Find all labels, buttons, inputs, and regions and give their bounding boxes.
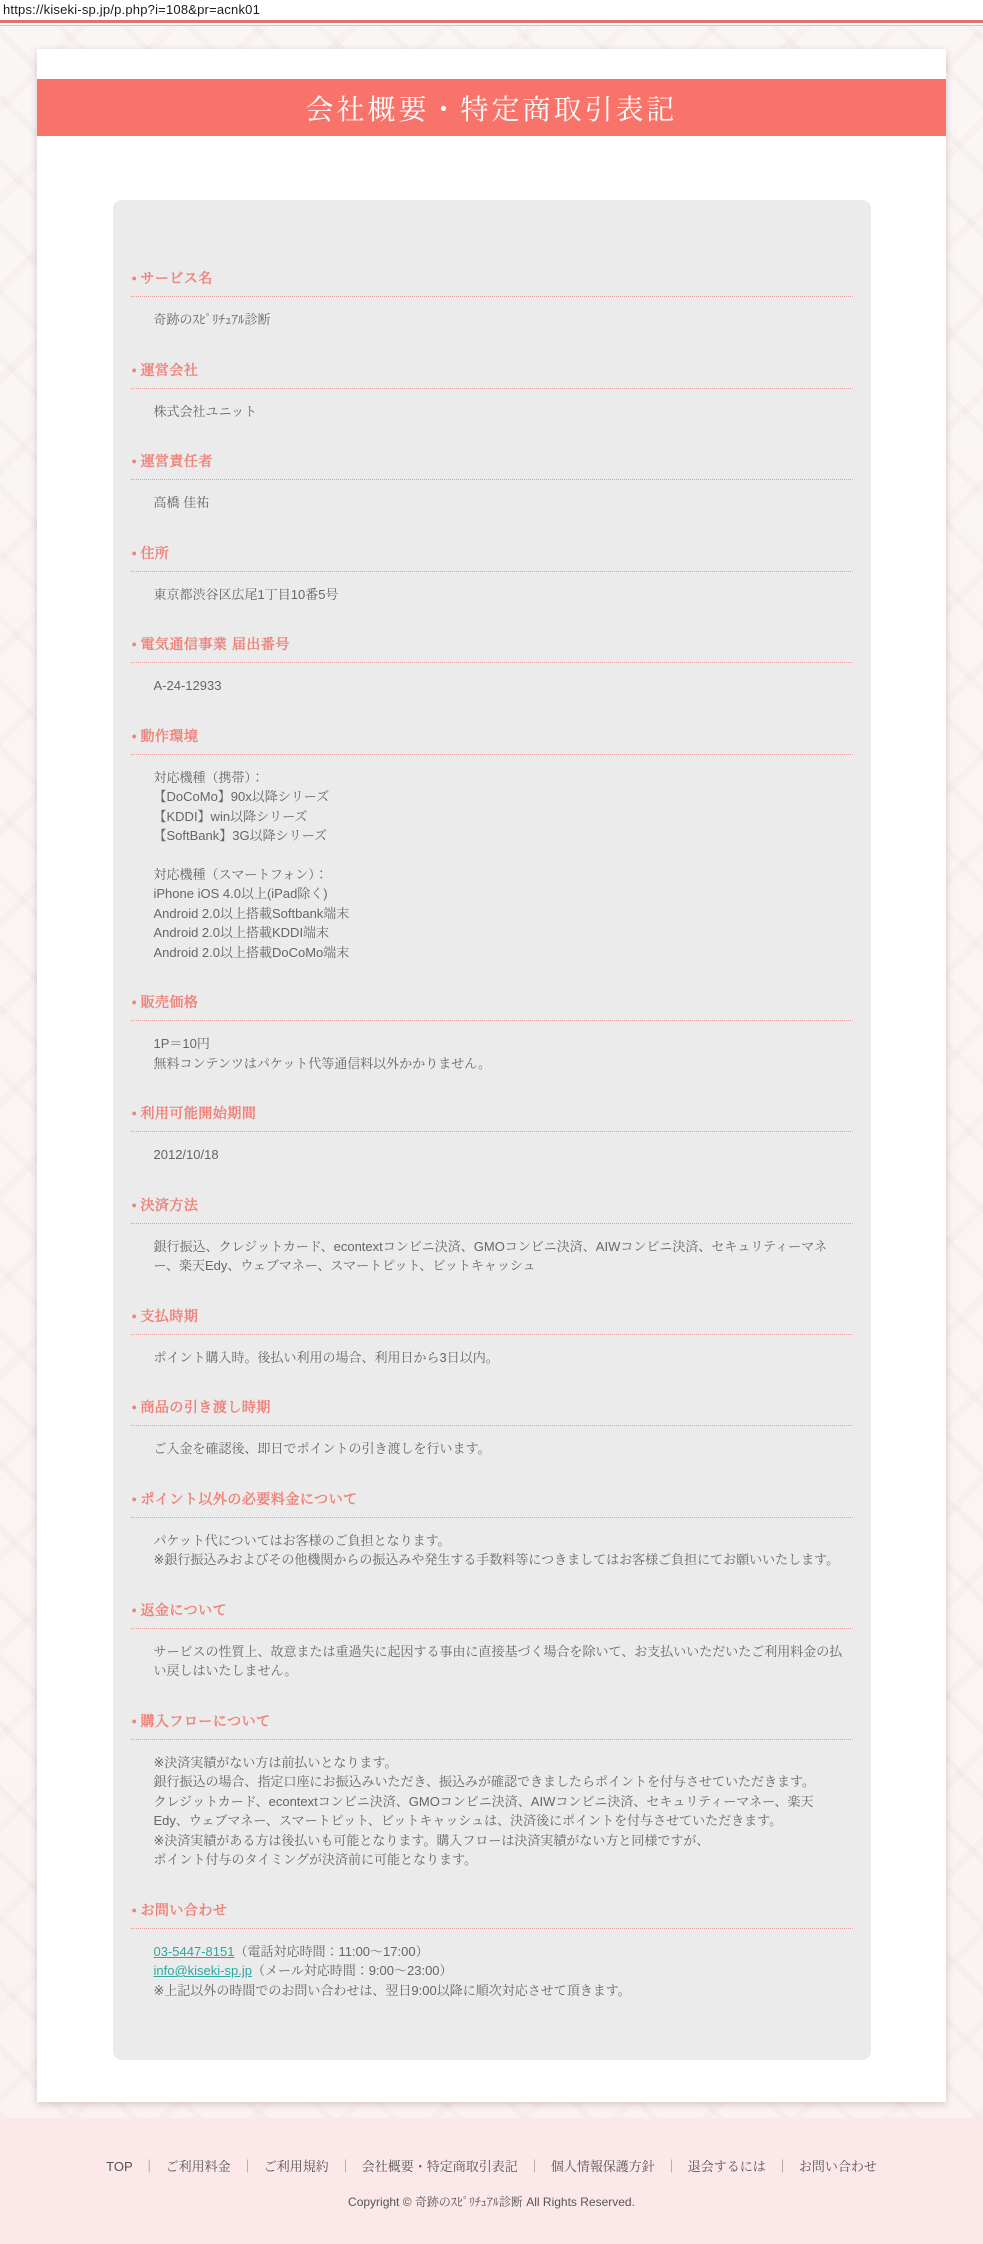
section-line: 1P＝10円 [154, 1034, 849, 1054]
footer: TOP｜ご利用料金｜ご利用規約｜会社概要・特定商取引表記｜個人情報保護方針｜退会… [0, 2118, 983, 2244]
section-body: 株式会社ユニット [154, 402, 849, 422]
footer-link[interactable]: 会社概要・特定商取引表記 [362, 2159, 518, 2174]
section-line: ※決済実績がない方は前払いとなります。 [154, 1753, 849, 1773]
copyright-text: Copyright © 奇跡のｽﾋﾟﾘﾁｭｱﾙ診断 All Rights Res… [0, 2193, 983, 2210]
section: 購入フローについて ※決済実績がない方は前払いとなります。銀行振込の場合、指定口… [131, 1711, 853, 1870]
section-line: 無料コンテンツはパケット代等通信料以外かかりません。 [154, 1054, 849, 1074]
section: 利用可能開始期間 2012/10/18 [131, 1103, 853, 1165]
section-title: 動作環境 [131, 726, 853, 755]
section-title: 運営会社 [131, 360, 853, 389]
main-card: 会社概要・特定商取引表記 サービス名 奇跡のｽﾋﾟﾘﾁｭｱﾙ診断 運営会社 株式… [37, 49, 946, 2102]
section-line [154, 846, 849, 865]
section-title: 電気通信事業 届出番号 [131, 634, 853, 663]
section-line: 対応機種（スマートフォン）： [154, 865, 849, 885]
page-background: 会社概要・特定商取引表記 サービス名 奇跡のｽﾋﾟﾘﾁｭｱﾙ診断 運営会社 株式… [0, 26, 983, 2118]
section: 商品の引き渡し時期 ご入金を確認後、即日でポイントの引き渡しを行います。 [131, 1397, 853, 1459]
section: サービス名 奇跡のｽﾋﾟﾘﾁｭｱﾙ診断 [131, 268, 853, 330]
section-line: Android 2.0以上搭載Softbank端末 [154, 904, 849, 924]
section: ポイント以外の必要料金について パケット代についてはお客様のご負担となります。※… [131, 1489, 853, 1570]
section-line: ※決済実績がある方は後払いも可能となります。購入フローは決済実績がない方と同様で… [154, 1831, 849, 1851]
section-title-text: サービス名 [140, 270, 213, 286]
section: 動作環境 対応機種（携帯）：【DoCoMo】90x以降シリーズ【KDDI】win… [131, 726, 853, 963]
footer-link[interactable]: お問い合わせ [799, 2159, 877, 2174]
section-body: ※決済実績がない方は前払いとなります。銀行振込の場合、指定口座にお振込みいただき… [154, 1753, 849, 1870]
section-body: 対応機種（携帯）：【DoCoMo】90x以降シリーズ【KDDI】win以降シリー… [154, 768, 849, 963]
section-body: 高橋 佳祐 [154, 493, 849, 513]
section-line: パケット代についてはお客様のご負担となります。 [154, 1531, 849, 1551]
footer-link[interactable]: ご利用料金 [166, 2159, 231, 2174]
section-body: 03-5447-8151（電話対応時間：11:00～17:00） info@ki… [154, 1942, 849, 2001]
section-title-text: お問い合わせ [140, 1902, 227, 1918]
section-line: サービスの性質上、故意または重過失に起因する事由に直接基づく場合を除いて、お支払… [154, 1642, 849, 1681]
section-title-text: 販売価格 [140, 994, 198, 1010]
section: 電気通信事業 届出番号 A-24-12933 [131, 634, 853, 696]
section: 返金について サービスの性質上、故意または重過失に起因する事由に直接基づく場合を… [131, 1600, 853, 1681]
section: 販売価格 1P＝10円無料コンテンツはパケット代等通信料以外かかりません。 [131, 992, 853, 1073]
url-text: https://kiseki-sp.jp/p.php?i=108&pr=acnk… [0, 0, 983, 20]
section-line: 2012/10/18 [154, 1145, 849, 1165]
phone-link[interactable]: 03-5447-8151 [154, 1944, 235, 1959]
section-line: iPhone iOS 4.0以上(iPad除く) [154, 884, 849, 904]
section-title-text: 住所 [140, 545, 169, 561]
section-line: ポイント付与のタイミングが決済前に可能となります。 [154, 1850, 849, 1870]
section-title: 購入フローについて [131, 1711, 853, 1740]
section-body: A-24-12933 [154, 676, 849, 696]
section-line: 奇跡のｽﾋﾟﾘﾁｭｱﾙ診断 [154, 310, 849, 330]
section-title: 商品の引き渡し時期 [131, 1397, 853, 1426]
section-line: A-24-12933 [154, 676, 849, 696]
section-body: サービスの性質上、故意または重過失に起因する事由に直接基づく場合を除いて、お支払… [154, 1642, 849, 1681]
section: 決済方法 銀行振込、クレジットカード、econtextコンビニ決済、GMOコンビ… [131, 1195, 853, 1276]
footer-link-separator: ｜ [339, 2159, 352, 2174]
section-line: Android 2.0以上搭載KDDI端末 [154, 923, 849, 943]
section-line: 東京都渋谷区広尾1丁目10番5号 [154, 585, 849, 605]
footer-link-separator: ｜ [143, 2159, 156, 2174]
section-title-text: 動作環境 [140, 728, 198, 744]
section-line: Android 2.0以上搭載DoCoMo端末 [154, 943, 849, 963]
email-note: （メール対応時間：9:00～23:00） [252, 1963, 453, 1978]
section-line: 高橋 佳祐 [154, 493, 849, 513]
title-band: 会社概要・特定商取引表記 [37, 79, 946, 136]
section-body: 銀行振込、クレジットカード、econtextコンビニ決済、GMOコンビニ決済、A… [154, 1237, 849, 1276]
section-line: 【SoftBank】3G以降シリーズ [154, 826, 849, 846]
section: 支払時期 ポイント購入時。後払い利用の場合、利用日から3日以内。 [131, 1306, 853, 1368]
sections: サービス名 奇跡のｽﾋﾟﾘﾁｭｱﾙ診断 運営会社 株式会社ユニット 運営責任者 … [129, 268, 855, 1870]
section-body: ポイント購入時。後払い利用の場合、利用日から3日以内。 [154, 1348, 849, 1368]
section-title: お問い合わせ [131, 1900, 853, 1929]
section-line: 銀行振込、クレジットカード、econtextコンビニ決済、GMOコンビニ決済、A… [154, 1237, 849, 1276]
section-line: 対応機種（携帯）： [154, 768, 849, 788]
section-body: ご入金を確認後、即日でポイントの引き渡しを行います。 [154, 1439, 849, 1459]
section-title-text: 運営責任者 [140, 453, 213, 469]
footer-link[interactable]: TOP [106, 2159, 133, 2174]
footer-link[interactable]: 個人情報保護方針 [551, 2159, 655, 2174]
section-title: 返金について [131, 1600, 853, 1629]
section-title: ポイント以外の必要料金について [131, 1489, 853, 1518]
info-panel: サービス名 奇跡のｽﾋﾟﾘﾁｭｱﾙ診断 運営会社 株式会社ユニット 運営責任者 … [113, 200, 871, 2060]
section-body: 2012/10/18 [154, 1145, 849, 1165]
section-title: 運営責任者 [131, 451, 853, 480]
section-body: パケット代についてはお客様のご負担となります。※銀行振込みおよびその他機関からの… [154, 1531, 849, 1570]
section: 運営会社 株式会社ユニット [131, 360, 853, 422]
footer-link-separator: ｜ [528, 2159, 541, 2174]
section-contact: お問い合わせ 03-5447-8151（電話対応時間：11:00～17:00） … [131, 1900, 853, 2001]
section: 運営責任者 高橋 佳祐 [131, 451, 853, 513]
page-title: 会社概要・特定商取引表記 [305, 88, 677, 128]
section-body: 1P＝10円無料コンテンツはパケット代等通信料以外かかりません。 [154, 1034, 849, 1073]
contact-extra-note: ※上記以外の時間でのお問い合わせは、翌日9:00以降に順次対応させて頂きます。 [154, 1981, 849, 2001]
section-line: ご入金を確認後、即日でポイントの引き渡しを行います。 [154, 1439, 849, 1459]
phone-note: （電話対応時間：11:00～17:00） [234, 1944, 428, 1959]
footer-links: TOP｜ご利用料金｜ご利用規約｜会社概要・特定商取引表記｜個人情報保護方針｜退会… [0, 2156, 983, 2175]
contact-email-line: info@kiseki-sp.jp（メール対応時間：9:00～23:00） [154, 1961, 849, 1981]
section-body: 東京都渋谷区広尾1丁目10番5号 [154, 585, 849, 605]
section-title: 住所 [131, 543, 853, 572]
section-title: サービス名 [131, 268, 853, 297]
section-title-text: 電気通信事業 届出番号 [140, 636, 289, 652]
section-title-text: ポイント以外の必要料金について [140, 1491, 357, 1507]
card-top-padding [37, 49, 946, 79]
footer-link[interactable]: 退会するには [688, 2159, 766, 2174]
footer-link-separator: ｜ [665, 2159, 678, 2174]
email-link[interactable]: info@kiseki-sp.jp [154, 1963, 252, 1978]
footer-link-separator: ｜ [776, 2159, 789, 2174]
section-title: 支払時期 [131, 1306, 853, 1335]
section-line: 銀行振込の場合、指定口座にお振込みいただき、振込みが確認できましたらポイントを付… [154, 1772, 849, 1792]
section-title-text: 運営会社 [140, 362, 198, 378]
section-title: 決済方法 [131, 1195, 853, 1224]
section-line: ポイント購入時。後払い利用の場合、利用日から3日以内。 [154, 1348, 849, 1368]
section-body: 奇跡のｽﾋﾟﾘﾁｭｱﾙ診断 [154, 310, 849, 330]
section-title-text: 決済方法 [140, 1197, 198, 1213]
section-title: 販売価格 [131, 992, 853, 1021]
section-title-text: 支払時期 [140, 1308, 198, 1324]
section-line: 【KDDI】win以降シリーズ [154, 807, 849, 827]
section-line: 株式会社ユニット [154, 402, 849, 422]
footer-link[interactable]: ご利用規約 [264, 2159, 329, 2174]
card-bottom-gap [0, 2102, 983, 2110]
contact-phone-line: 03-5447-8151（電話対応時間：11:00～17:00） [154, 1942, 849, 1962]
section-line: 【DoCoMo】90x以降シリーズ [154, 787, 849, 807]
section-title-text: 利用可能開始期間 [140, 1105, 256, 1121]
footer-link-separator: ｜ [241, 2159, 254, 2174]
section-title-text: 商品の引き渡し時期 [140, 1399, 271, 1415]
title-gap [37, 136, 946, 200]
section-line: クレジットカード、econtextコンビニ決済、GMOコンビニ決済、AIWコンビ… [154, 1792, 849, 1831]
section: 住所 東京都渋谷区広尾1丁目10番5号 [131, 543, 853, 605]
section-title-text: 購入フローについて [140, 1713, 270, 1729]
section-line: ※銀行振込みおよびその他機関からの振込みや発生する手数料等につきましてはお客様ご… [154, 1550, 849, 1570]
section-title-text: 返金について [140, 1602, 227, 1618]
section-title: 利用可能開始期間 [131, 1103, 853, 1132]
